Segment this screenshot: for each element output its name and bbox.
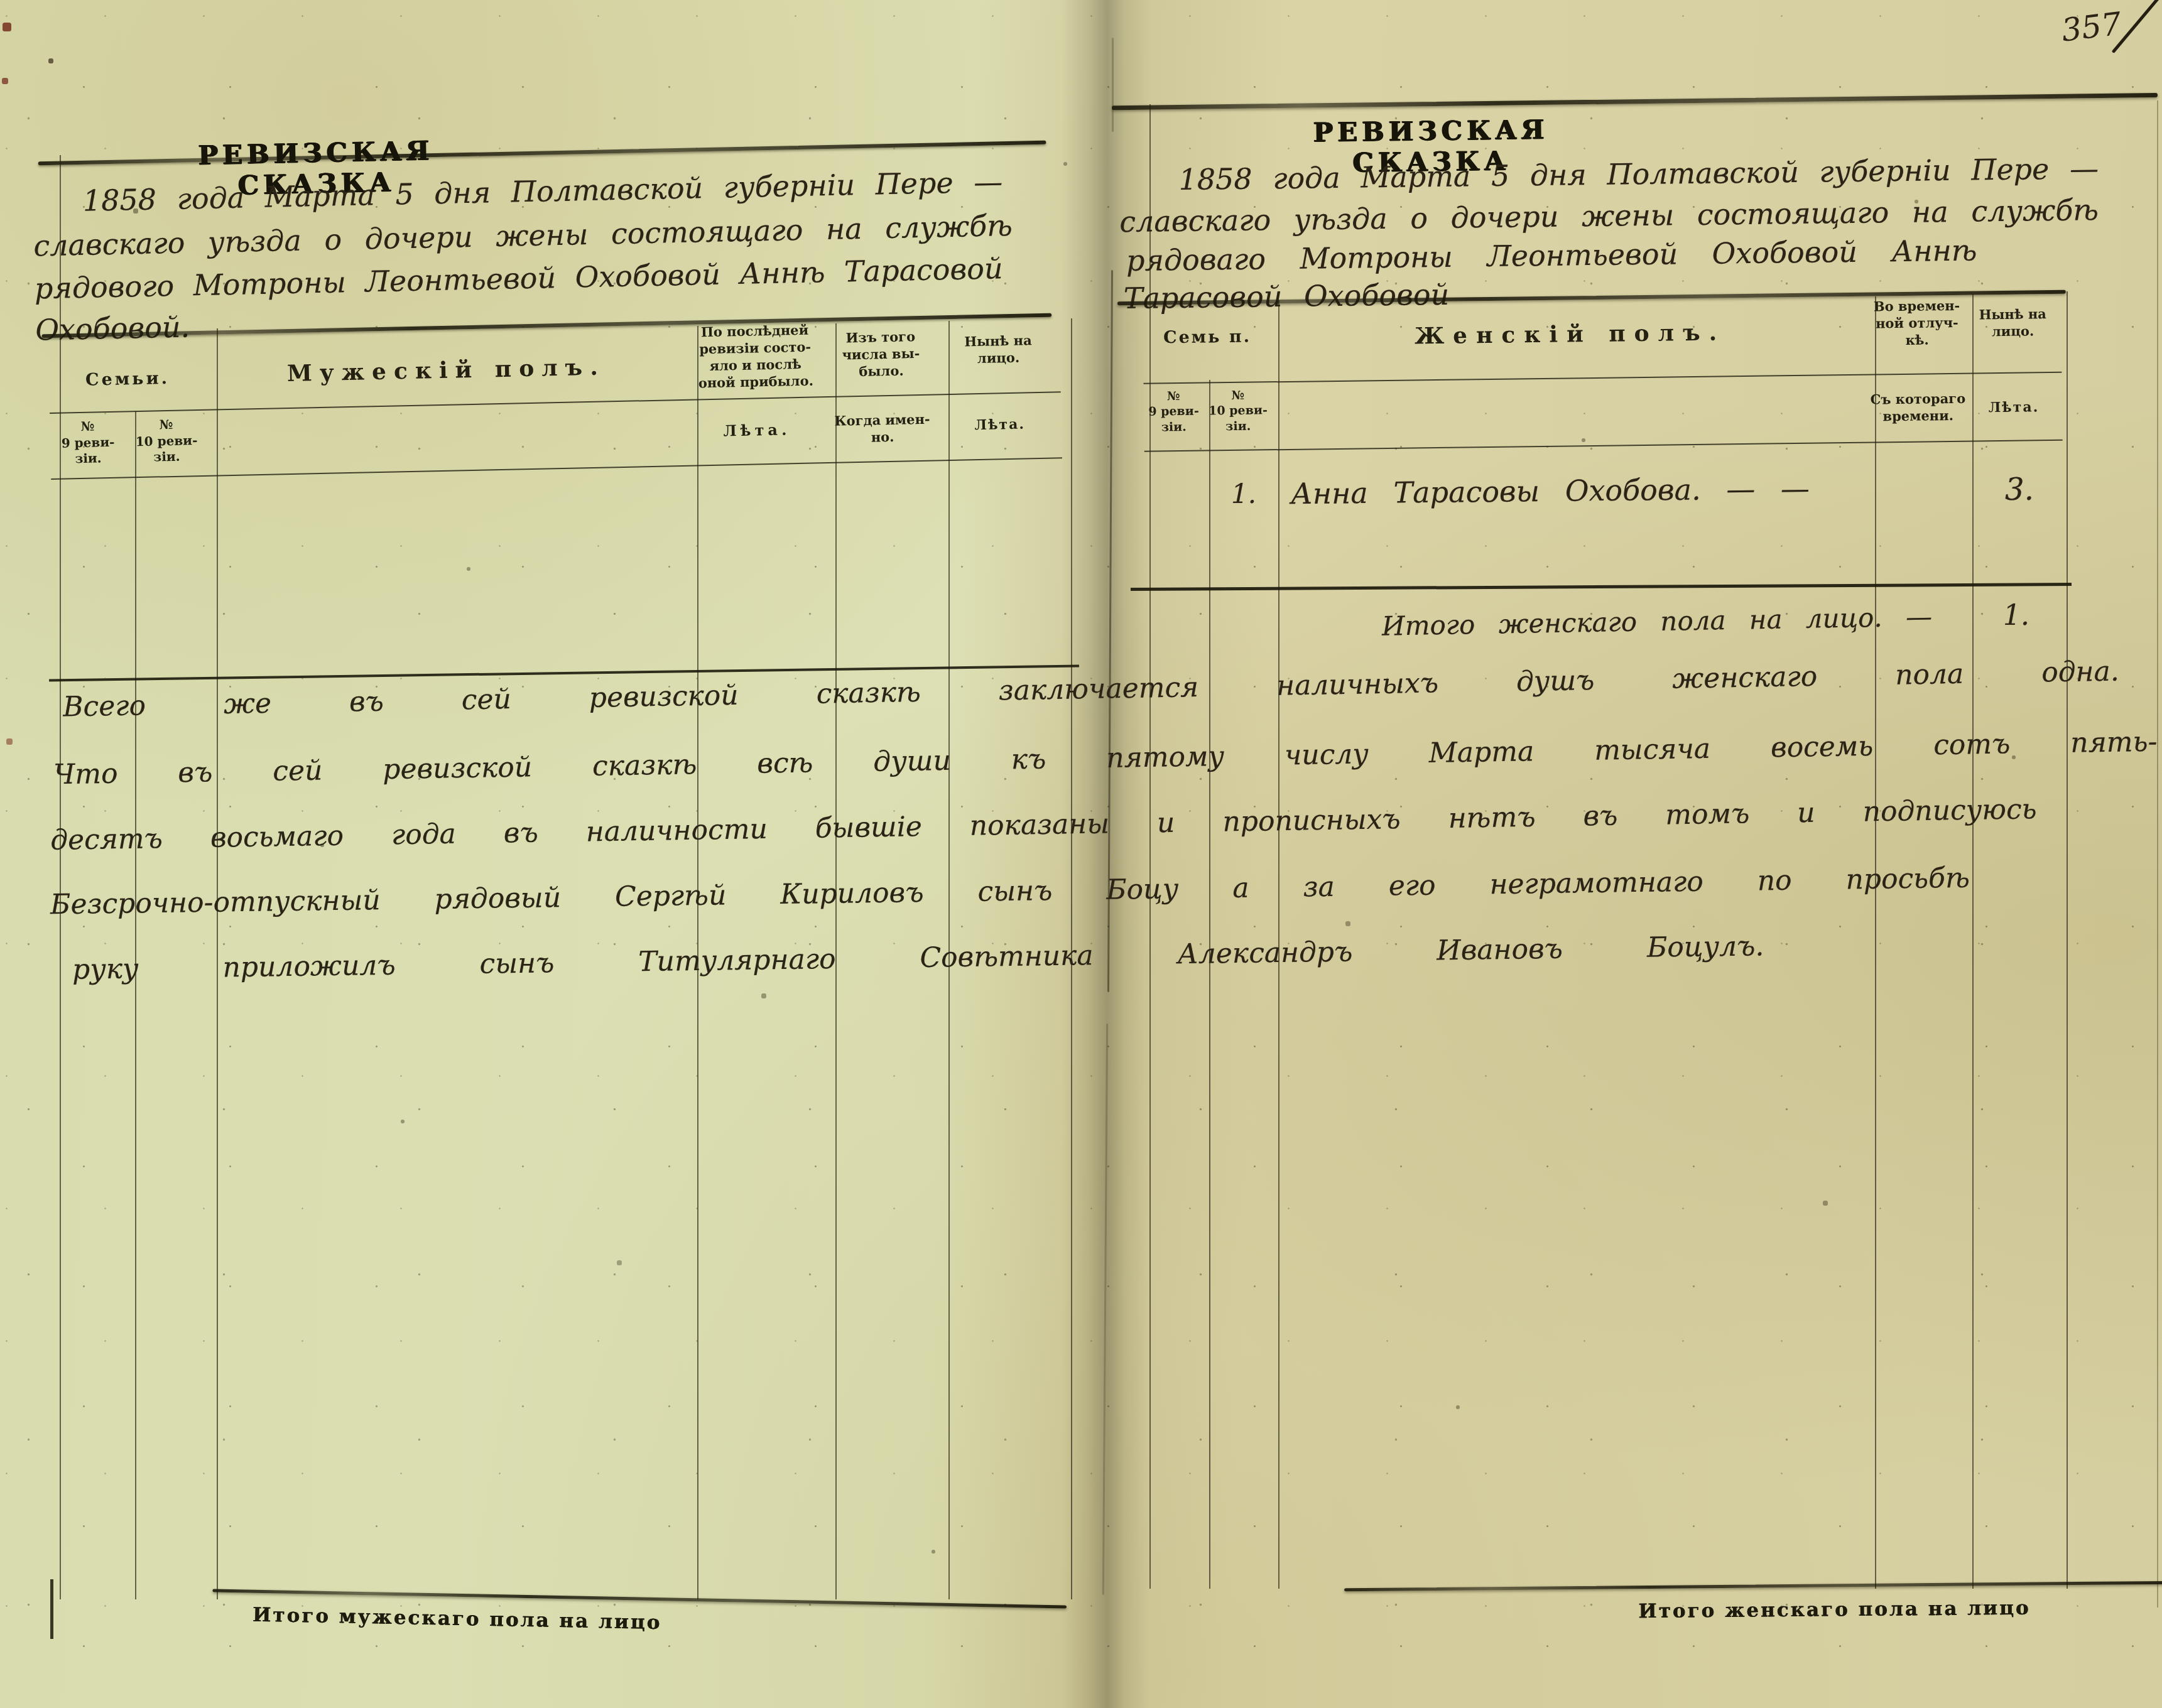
- document-scan: РЕВИЗСКАЯ СКАЗКА 1858 года Марта 5 дня П…: [0, 0, 2162, 1708]
- bottom-left-tick: [50, 1579, 53, 1639]
- attestation-block: Всего же въ сей ревизской сказкѣ заключа…: [44, 647, 2136, 1036]
- right-page-footer: Итого женскаго пола на лицо: [1595, 1596, 2073, 1623]
- table-bottom-rule: [1344, 1581, 2162, 1591]
- attestation-line: Безсрочно-отпускный рядовый Сергѣй Кирил…: [50, 862, 1970, 921]
- attestation-line: руку приложилъ сынъ Титулярнаго Совѣтник…: [72, 930, 1764, 986]
- paper-stain-spots: [0, 0, 1, 1]
- attestation-line: десятъ восьмаго года въ наличности бывші…: [50, 793, 2037, 857]
- page-number: 357: [2060, 5, 2124, 48]
- attestation-line: Всего же въ сей ревизской сказкѣ заключа…: [63, 655, 2119, 723]
- red-edge-marks: [0, 0, 1, 1]
- gutter-crease-top: [1112, 38, 1114, 132]
- left-page-footer: Итого мужескаго пола на лицо: [249, 1604, 665, 1635]
- attestation-line: Что въ сей ревизской сказкѣ всѣ души къ …: [53, 726, 2158, 791]
